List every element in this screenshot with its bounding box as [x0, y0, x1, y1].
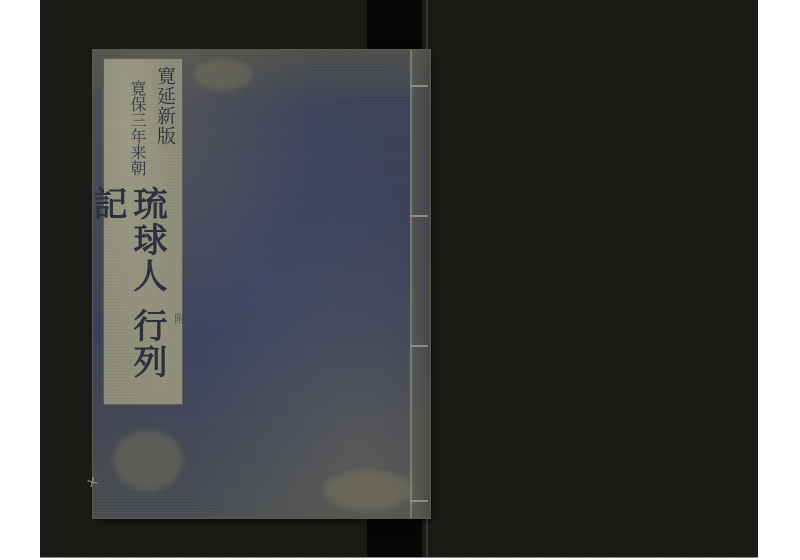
title-annotation: 附 — [173, 313, 187, 324]
binding-thread — [410, 50, 412, 518]
binding-stitch — [410, 500, 428, 502]
title-subtitle-right: 寛延新版 — [151, 66, 177, 146]
binding-spine — [412, 50, 430, 518]
binding-stitch — [410, 215, 428, 217]
cover-wear-spot — [193, 60, 253, 90]
book-cover: 寛延新版 寛保三年来朝 琉球人行列記 附 ✕ — [93, 50, 430, 518]
cover-wear-spot — [323, 470, 413, 510]
binding-stitch — [410, 85, 428, 87]
title-main: 琉球人行列記 — [127, 186, 167, 405]
title-subtitle-left: 寛保三年来朝 — [123, 80, 147, 176]
scan-background: 寛延新版 寛保三年来朝 琉球人行列記 附 ✕ — [40, 0, 758, 558]
edge-mark: ✕ — [84, 473, 102, 493]
binding-stitch — [410, 345, 428, 347]
cover-wear-spot — [113, 430, 183, 490]
title-slip: 寛延新版 寛保三年来朝 琉球人行列記 附 — [103, 58, 183, 405]
title-main-part1: 琉球人 — [127, 186, 167, 294]
